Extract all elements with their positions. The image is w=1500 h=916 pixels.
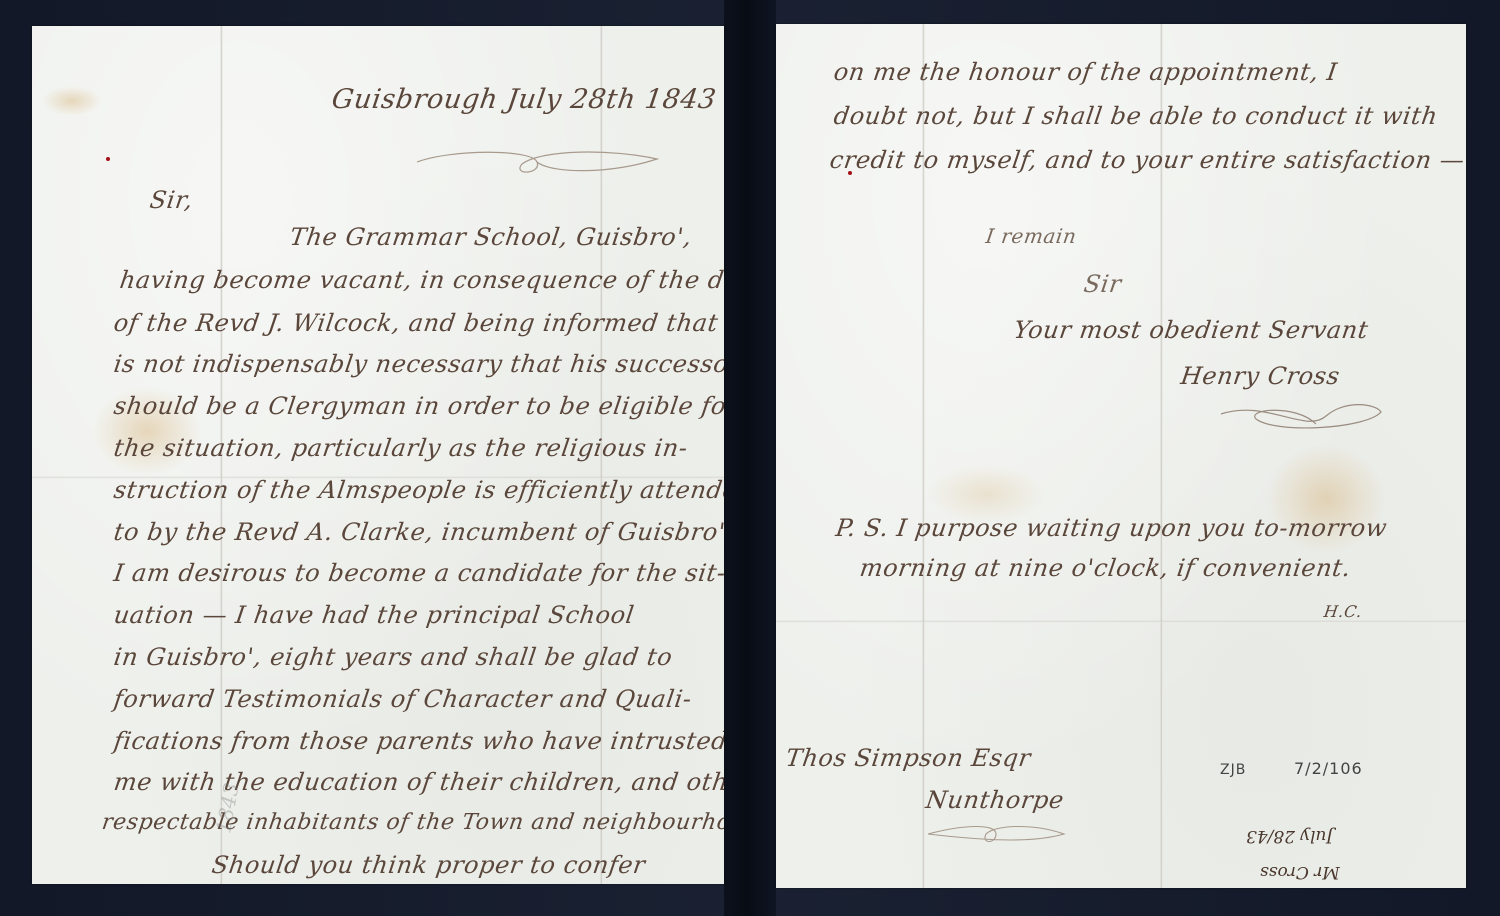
body-line: struction of the Almspeople is efficient… (112, 476, 724, 504)
body-line: of the Revd J. Wilcock, and being inform… (112, 309, 724, 337)
salutation: Sir, (148, 186, 195, 214)
body-line: uation — I have had the principal School (112, 601, 636, 629)
page-gutter (724, 0, 776, 916)
postscript-line: P. S. I purpose waiting upon you to-morr… (834, 514, 1389, 542)
body-line: Should you think proper to confer (210, 851, 647, 879)
letter-page-left: Guisbrough July 28th 1843 Sir, The Gramm… (32, 26, 724, 884)
red-ink-spot (106, 157, 110, 161)
postscript-line: morning at nine o'clock, if convenient. (858, 554, 1353, 582)
body-line: doubt not, but I shall be able to conduc… (832, 102, 1440, 130)
docket-date: July 28/43 (1246, 826, 1333, 846)
signature-flourish (1216, 394, 1386, 438)
body-line: credit to myself, and to your entire sat… (828, 146, 1466, 174)
body-line: respectable inhabitants of the Town and … (100, 810, 724, 835)
body-line: is not indispensably necessary that his … (112, 350, 724, 378)
archive-number: 7/2/106 (1294, 759, 1363, 778)
paper-stain (42, 86, 102, 116)
docket-name: Mr Cross (1260, 862, 1340, 882)
closing-remain: I remain (984, 224, 1078, 248)
letter-page-right: on me the honour of the appointment, I d… (776, 24, 1466, 888)
body-line: I am desirous to become a candidate for … (112, 559, 724, 587)
closing-sir: Sir (1082, 270, 1123, 298)
body-line: me with the education of their children,… (112, 768, 724, 796)
address-recipient: Thos Simpson Esqr (784, 744, 1033, 772)
dateline: Guisbrough July 28th 1843 (330, 84, 718, 115)
closing-servant: Your most obedient Servant (1012, 316, 1370, 344)
body-line: forward Testimonials of Character and Qu… (112, 685, 694, 713)
body-line: should be a Clergyman in order to be eli… (112, 392, 724, 420)
body-line: The Grammar School, Guisbro', (288, 223, 694, 251)
dateline-flourish (412, 144, 662, 180)
body-line: the situation, particularly as the relig… (112, 434, 690, 462)
signature: Henry Cross (1179, 362, 1342, 390)
archive-code: ZJB (1220, 762, 1246, 778)
body-line: fications from those parents who have in… (112, 727, 724, 755)
address-flourish (926, 822, 1066, 848)
body-line: on me the honour of the appointment, I (832, 58, 1339, 86)
body-line: to by the Revd A. Clarke, incumbent of G… (112, 518, 724, 546)
body-line: in Guisbro', eight years and shall be gl… (112, 643, 674, 671)
address-place: Nunthorpe (924, 786, 1066, 814)
body-line: having become vacant, in consequence of … (118, 266, 724, 294)
postscript-initials: H.C. (1323, 602, 1364, 621)
fold-crease (776, 620, 1466, 623)
